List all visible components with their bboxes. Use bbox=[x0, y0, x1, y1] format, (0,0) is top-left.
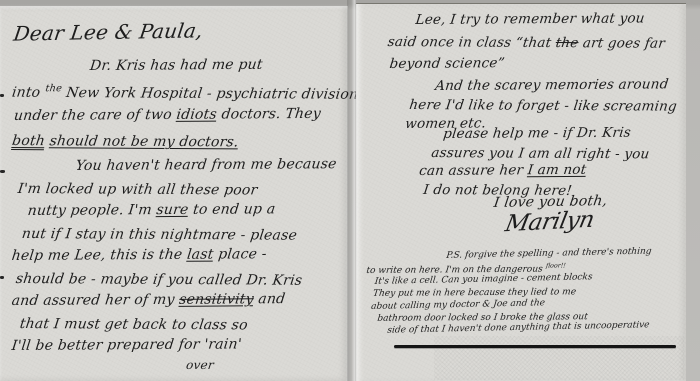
letter-text: help me Lee, this is the bbox=[11, 247, 188, 264]
letter-text: and assured her of my bbox=[11, 292, 180, 309]
letter-text: into bbox=[11, 85, 46, 101]
letter-text-u: sure bbox=[156, 202, 190, 218]
letter-text: And the scarey memories around bbox=[434, 76, 669, 94]
right-paragraph-3: please help me - if Dr. Krisassures you … bbox=[382, 126, 648, 200]
letter-line: P.S. forgive the spelling - and there's … bbox=[446, 247, 652, 264]
letter-text: should be - maybe if you called Dr. Kris bbox=[15, 271, 303, 289]
letter-line: I'll be better prepared for 'rain' bbox=[10, 336, 338, 361]
letter-text: You haven't heard from me because bbox=[75, 156, 338, 174]
letter-text: art goes far bbox=[577, 35, 666, 52]
letter-text-st: the bbox=[555, 35, 580, 51]
letter-text-stu: sensitivity bbox=[178, 291, 254, 308]
scan-texture bbox=[434, 336, 684, 380]
left-paragraph-1: Dr. Kris has had me putinto the New York… bbox=[10, 58, 356, 158]
ink-rule bbox=[394, 345, 676, 348]
letter-text: I'm locked up with all these poor bbox=[17, 181, 259, 198]
letter-text: assures you I am all right - you bbox=[430, 145, 650, 162]
letter-line: please help me - if Dr. Kris bbox=[442, 125, 651, 145]
postscript-block: P.S. forgive the spelling - and there's … bbox=[365, 248, 651, 339]
letter-line: can assure her I am not bbox=[418, 161, 651, 181]
letter-text: to end up a bbox=[188, 201, 277, 218]
letter-text: I'll be better prepared for 'rain' bbox=[11, 336, 243, 354]
letter-text: said once in class “that bbox=[387, 34, 557, 51]
page-turn-note: over bbox=[59, 358, 341, 372]
letter-line: beyond science” bbox=[388, 54, 666, 78]
letter-text: and bbox=[253, 291, 286, 307]
left-paragraph-2: You haven't heard from me becauseI'm loc… bbox=[10, 158, 335, 361]
letter-text: place - bbox=[213, 246, 268, 262]
ink-speck bbox=[0, 276, 4, 279]
letter-text: doctors. They bbox=[216, 106, 322, 123]
letter-text: here I'd like to forget - like screaming bbox=[408, 97, 678, 115]
letter-line: help me Lee, this is the last place - bbox=[10, 246, 338, 271]
signature: Marilyn bbox=[503, 207, 596, 238]
letter-text: nutty people. I'm bbox=[27, 202, 158, 219]
salutation: Dear Lee & Paula, bbox=[12, 18, 204, 45]
letter-text-sup: floor!! bbox=[545, 263, 566, 270]
letter-page-left: Dear Lee & Paula, Dr. Kris has had me pu… bbox=[0, 6, 348, 381]
letter-text: under the care of two bbox=[13, 107, 177, 124]
letter-text: please help me - if Dr. Kris bbox=[442, 125, 631, 142]
ink-speck bbox=[0, 170, 5, 173]
letter-line: Lee, I try to remember what you bbox=[414, 10, 666, 34]
letter-line: Dr. Kris has had me put bbox=[88, 56, 360, 83]
letter-text: Dr. Kris has had me put bbox=[89, 57, 264, 74]
letter-text: Lee, I try to remember what you bbox=[415, 10, 646, 28]
letter-text-u: I am not bbox=[527, 162, 588, 178]
letter-line: You haven't heard from me because bbox=[74, 156, 338, 180]
letter-text: can assure her bbox=[418, 162, 528, 179]
letter-page-right: Lee, I try to remember what yousaid once… bbox=[356, 3, 686, 381]
letter-text-u: last bbox=[186, 247, 214, 263]
right-paragraph-1: Lee, I try to remember what yousaid once… bbox=[382, 12, 663, 78]
letter-text: nut if I stay in this nightmare - please bbox=[21, 226, 298, 244]
letter-line: under the care of two idiots doctors. Th… bbox=[12, 106, 360, 133]
letter-text-u: idiots bbox=[176, 107, 218, 123]
letter-line: And the scarey memories around bbox=[434, 76, 678, 97]
ink-speck bbox=[0, 94, 4, 97]
letter-text: that I must get back to class so bbox=[19, 316, 249, 333]
letter-text: beyond science” bbox=[389, 55, 506, 72]
letter-scan: Dear Lee & Paula, Dr. Kris has had me pu… bbox=[0, 0, 700, 381]
letter-text-uu: both bbox=[11, 133, 46, 149]
letter-line: nutty people. I'm sure to end up a bbox=[26, 201, 338, 226]
letter-text-sup: the bbox=[45, 83, 63, 94]
letter-text-u: should not be my doctors. bbox=[49, 133, 240, 150]
letter-text: P.S. forgive the spelling - and there's … bbox=[446, 247, 652, 261]
letter-line: and assured her of my sensitivity and bbox=[10, 291, 338, 316]
letter-text: New York Hospital - psychiatric division bbox=[61, 85, 360, 103]
center-fold bbox=[347, 0, 357, 381]
